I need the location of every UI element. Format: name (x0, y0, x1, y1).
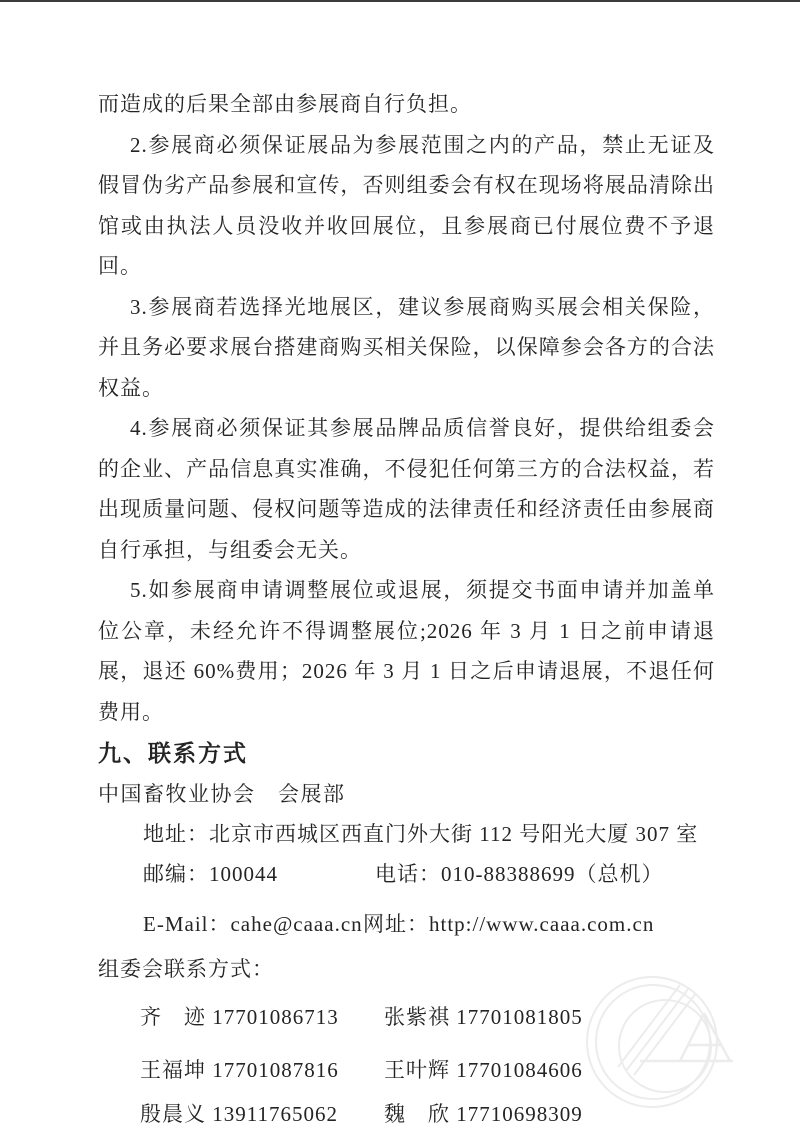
committee-contacts-heading: 组委会联系方式： (98, 949, 715, 989)
phone-field: 电话：010-88388699（总机） (375, 854, 664, 894)
contact-name-phone: 王福坤 17701087816 (140, 1058, 339, 1082)
paragraph-item-3: 3.参展商若选择光地展区，建议参展商购买展会相关保险，并且务必要求展台搭建商购买… (98, 287, 715, 409)
postcode-field: 邮编：100044 (143, 862, 278, 886)
contact-name-phone: 殷晨义 13911765062 (140, 1102, 338, 1126)
website-field: 网址：http://www.caaa.com.cn (363, 904, 654, 944)
contact-name-phone: 张紫祺 17701081805 (384, 997, 583, 1037)
email-website-line: E-Mail：cahe@caaa.cn 网址：http://www.caaa.c… (98, 904, 715, 944)
contact-row: 王福坤 17701087816 王叶辉 17701084606 (98, 1050, 715, 1090)
paragraph-continuation: 而造成的后果全部由参展商自行负担。 (98, 84, 715, 125)
address-field: 地址：北京市西城区西直门外大街 112 号阳光大厦 307 室 (143, 822, 698, 846)
contact-name-phone: 王叶辉 17701084606 (384, 1050, 583, 1090)
email-field: E-Mail：cahe@caaa.cn (143, 912, 363, 936)
paragraph-item-4: 4.参展商必须保证其参展品牌品质信誉良好，提供给组委会的企业、产品信息真实准确，… (98, 408, 715, 570)
document-page: 而造成的后果全部由参展商自行负担。 2.参展商必须保证展品为参展范围之内的产品，… (0, 0, 800, 1131)
contact-row: 殷晨义 13911765062 魏 欣 17710698309 (98, 1094, 715, 1131)
org-department-line: 中国畜牧业协会 会展部 (98, 774, 715, 814)
contact-name-phone: 齐 迹 17701086713 (140, 1005, 339, 1029)
postcode-phone-line: 邮编：100044 电话：010-88388699（总机） (98, 854, 715, 894)
contact-name-phone: 魏 欣 17710698309 (384, 1094, 583, 1131)
contact-row: 齐 迹 17701086713 张紫祺 17701081805 (98, 997, 715, 1037)
document-body: 而造成的后果全部由参展商自行负担。 2.参展商必须保证展品为参展范围之内的产品，… (0, 0, 800, 1131)
paragraph-item-5: 5.如参展商申请调整展位或退展，须提交书面申请并加盖单位公章，未经允许不得调整展… (98, 570, 715, 732)
section-heading-contact: 九、联系方式 (98, 733, 715, 774)
address-line: 地址：北京市西城区西直门外大街 112 号阳光大厦 307 室 (98, 814, 715, 854)
paragraph-item-2: 2.参展商必须保证展品为参展范围之内的产品，禁止无证及假冒伪劣产品参展和宣传，否… (98, 125, 715, 287)
